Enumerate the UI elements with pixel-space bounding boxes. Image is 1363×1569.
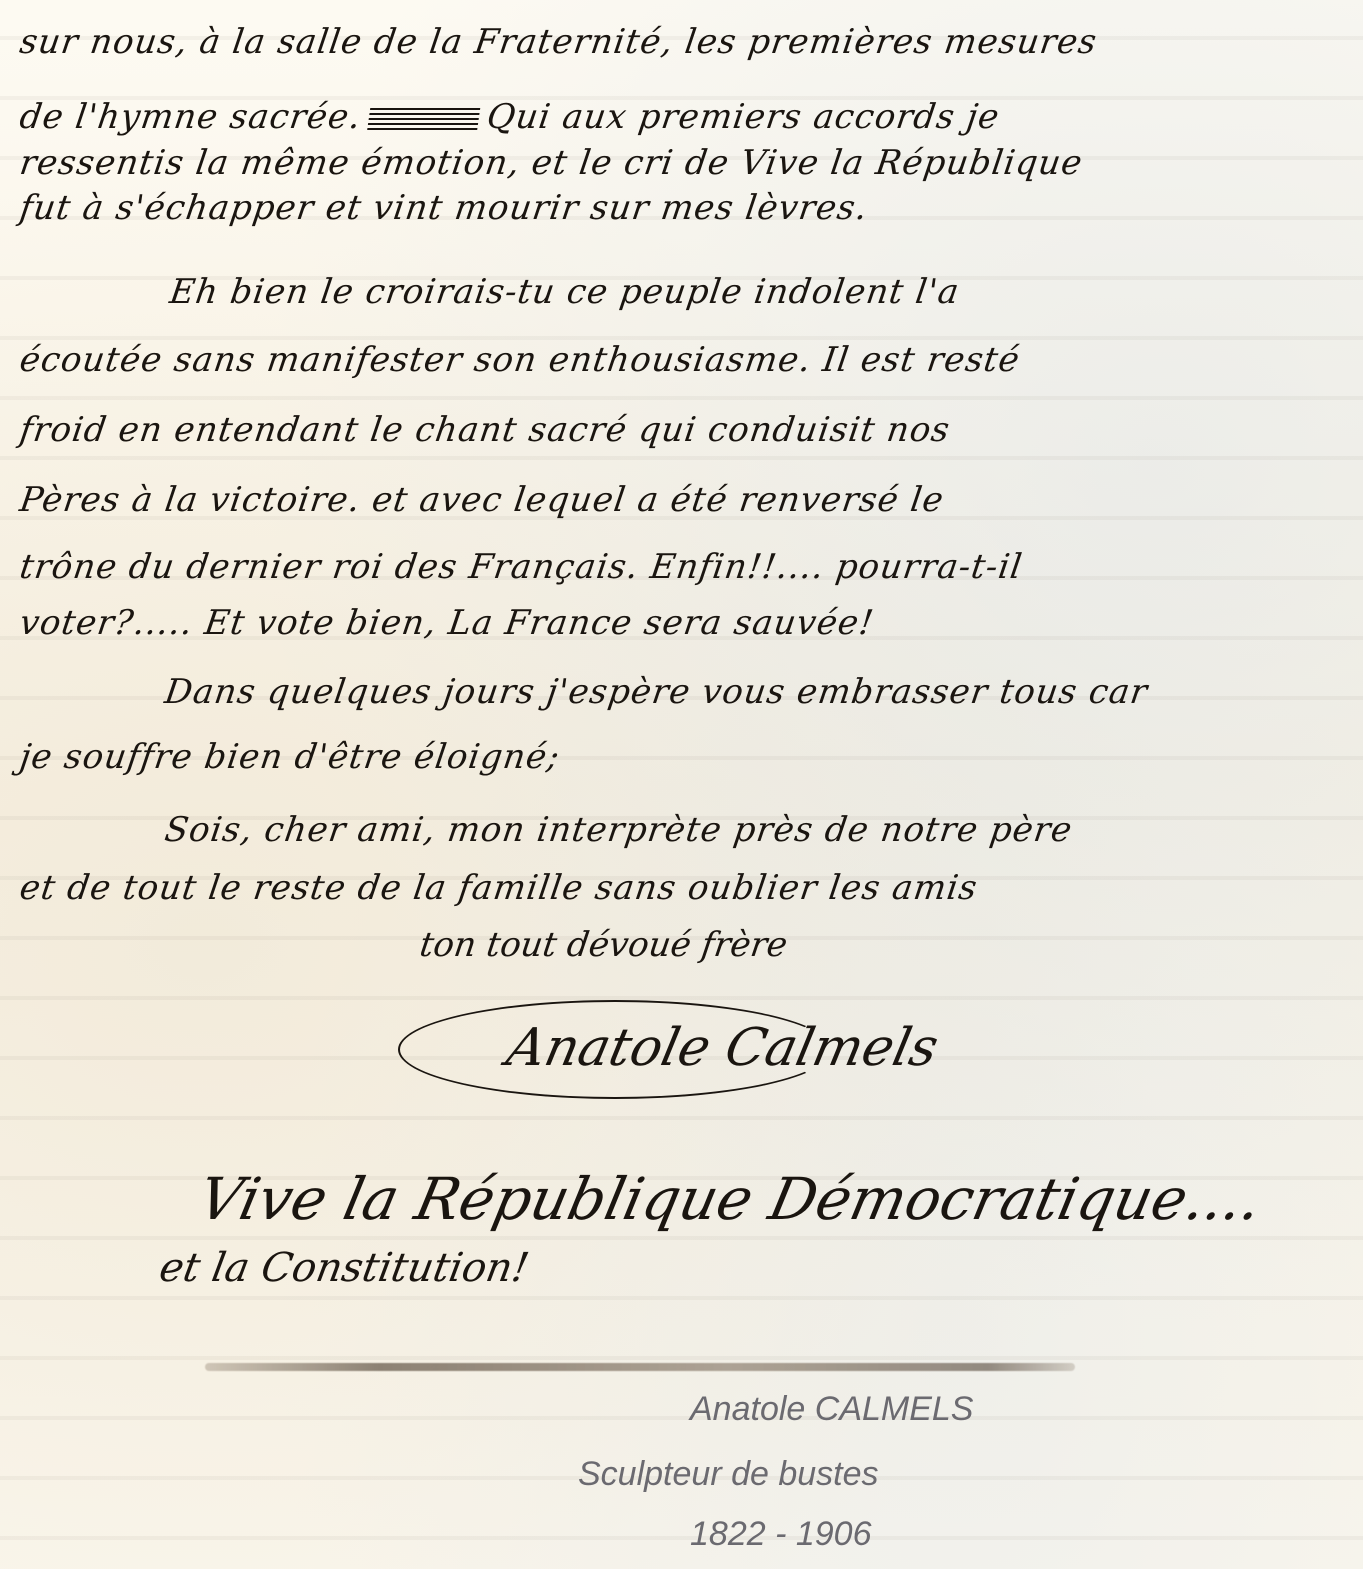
smudged-underline — [205, 1363, 1075, 1371]
letter-line-4: fut à s'échapper et vint mourir sur mes … — [17, 188, 870, 228]
letter-line-11: Dans quelques jours j'espère vous embras… — [162, 672, 1150, 712]
signature: Anatole Calmels — [502, 1018, 944, 1078]
letter-line-8: Pères à la victoire. et avec lequel a ét… — [17, 480, 946, 520]
letter-line-5: Eh bien le croirais-tu ce peuple indolen… — [167, 272, 962, 312]
letter-closing: ton tout dévoué frère — [417, 925, 790, 965]
letter-line-2b: Qui aux premiers accords je — [484, 97, 1002, 137]
motto: Vive la République Démocratique.... — [193, 1165, 1268, 1233]
letter-line-2: de l'hymne sacrée.Qui aux premiers accor… — [17, 97, 1002, 137]
annotation-dates: 1822 - 1906 — [690, 1515, 872, 1554]
letter-line-2a: de l'hymne sacrée. — [17, 97, 364, 137]
crossed-out-word — [367, 108, 480, 130]
annotation-name: Anatole CALMELS — [690, 1390, 974, 1429]
letter-line-1: sur nous, à la salle de la Fraternité, l… — [17, 22, 1100, 62]
letter-line-12: je souffre bien d'être éloigné; — [17, 737, 562, 777]
letter-line-6: écoutée sans manifester son enthousiasme… — [17, 340, 1022, 380]
letter-line-9: trône du dernier roi des Français. Enfin… — [17, 547, 1025, 587]
motto-line-2: et la Constitution! — [156, 1245, 532, 1291]
annotation-description: Sculpteur de bustes — [578, 1455, 879, 1494]
bleed-through-texture — [0, 0, 1363, 1569]
signature-block: Anatole Calmels — [398, 1000, 853, 1100]
letter-page: sur nous, à la salle de la Fraternité, l… — [0, 0, 1363, 1569]
letter-line-3: ressentis la même émotion, et le cri de … — [17, 143, 1085, 183]
letter-line-13: Sois, cher ami, mon interprète près de n… — [162, 810, 1075, 850]
letter-line-7: froid en entendant le chant sacré qui co… — [17, 410, 953, 450]
letter-line-10: voter?..... Et vote bien, La France sera… — [17, 603, 877, 643]
letter-line-14: et de tout le reste de la famille sans o… — [17, 868, 980, 908]
